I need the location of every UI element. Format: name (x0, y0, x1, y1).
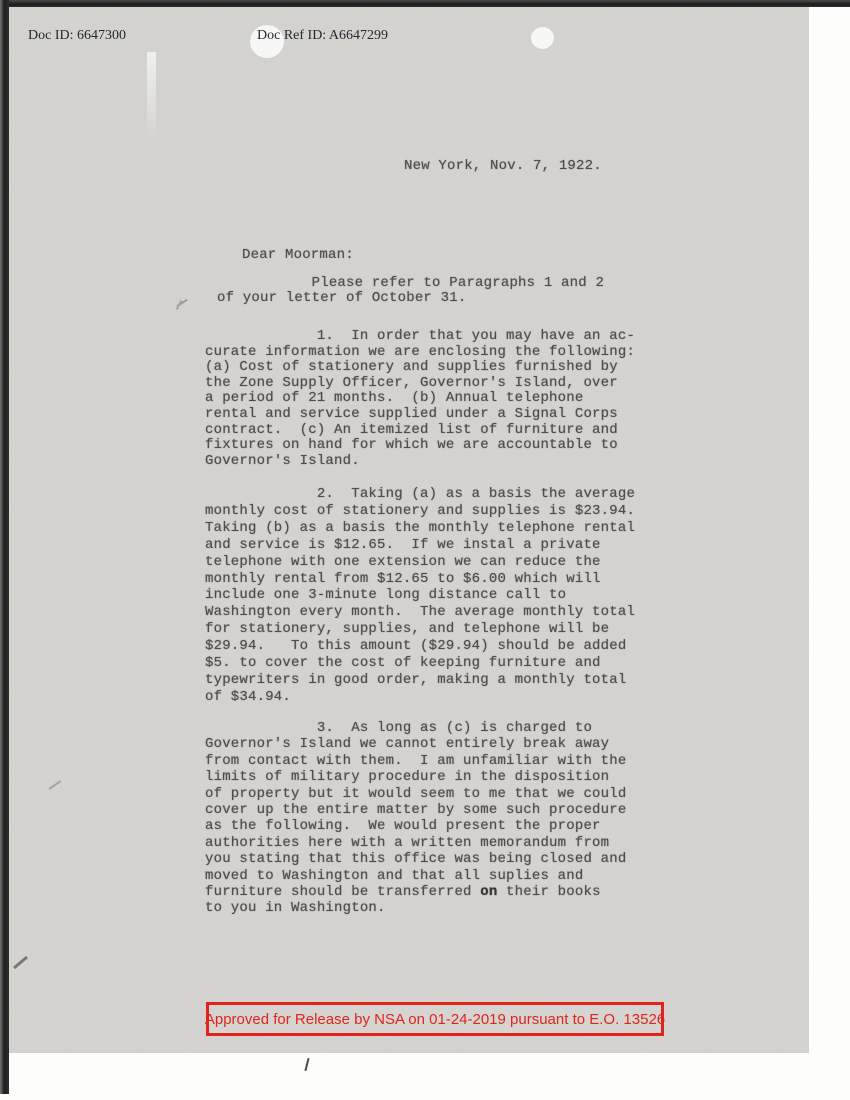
pencil-mark (304, 1058, 309, 1071)
punch-hole (531, 27, 554, 49)
overstruck-word: on (480, 884, 497, 900)
letter-paragraph-1: 1. In order that you may have an ac- cur… (205, 329, 635, 469)
line-segment: their books (497, 884, 600, 900)
doc-id-label: Doc ID: 6647300 (28, 28, 126, 44)
letter-salutation: Dear Moorman: (242, 247, 354, 263)
scan-left-edge-artifact (0, 0, 9, 1094)
approval-stamp: Approved for Release by NSA on 01-24-201… (206, 1002, 664, 1036)
letter-intro-paragraph: Please refer to Paragraphs 1 and 2 of yo… (217, 276, 604, 306)
scan-streak-artifact (147, 52, 156, 140)
line-segment: furniture should be transferred (205, 884, 480, 900)
letter-paragraph-3-overstruck-line: furniture should be transferred on their… (205, 884, 601, 900)
letter-paragraph-3-last-line: to you in Washington. (205, 900, 386, 916)
letter-paragraph-2: 2. Taking (a) as a basis the average mon… (205, 486, 635, 706)
letter-dateline: New York, Nov. 7, 1922. (404, 158, 602, 174)
scanned-document-page: Doc ID: 6647300 Doc Ref ID: A6647299 New… (0, 0, 850, 1100)
approval-stamp-text: Approved for Release by NSA on 01-24-201… (205, 1011, 665, 1028)
scan-top-edge-artifact (0, 0, 850, 7)
doc-ref-id-label: Doc Ref ID: A6647299 (257, 28, 388, 44)
letter-paragraph-3: 3. As long as (c) is charged to Governor… (205, 720, 626, 884)
